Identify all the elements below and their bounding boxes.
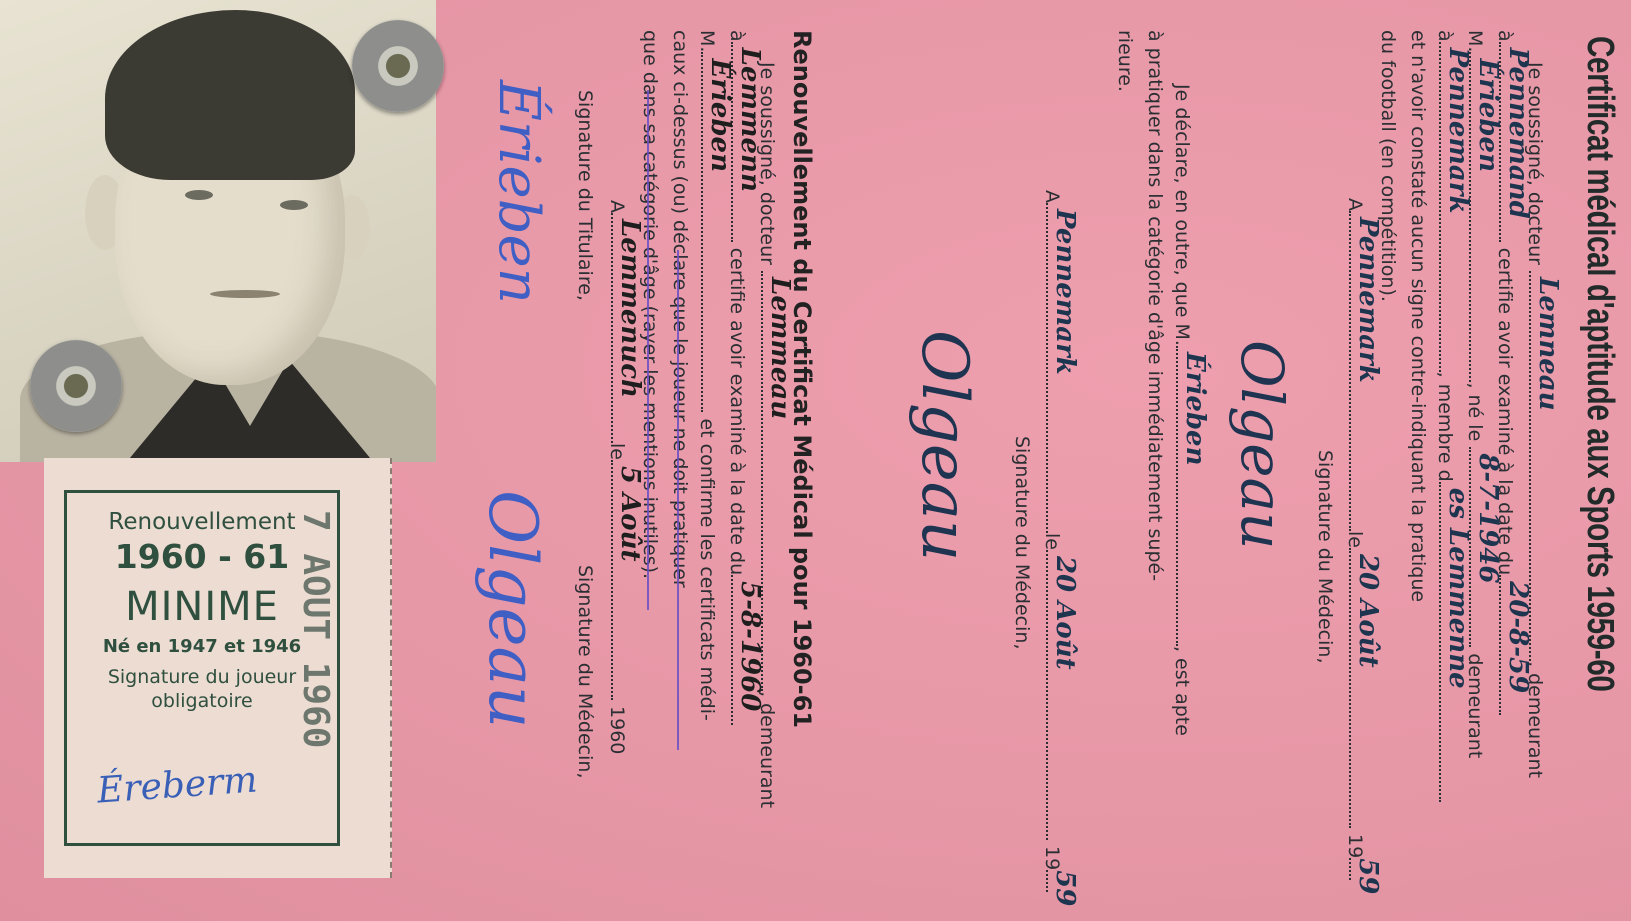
label: certifie avoir examiné à la date du — [726, 248, 748, 575]
label: à — [726, 30, 748, 42]
handwritten: Érieben — [705, 58, 735, 172]
exam-date-field: 5-8-1960 — [731, 575, 751, 725]
doctor-signature-1: Olgeau — [1228, 340, 1296, 550]
s2-signature-label: Signature du Médecin, — [1011, 436, 1033, 649]
handwritten: Érieben — [1180, 352, 1210, 466]
handwritten: 20 Août — [1353, 554, 1383, 668]
s1-place-date: APennemarkle20 Août 1959 — [1344, 198, 1369, 880]
s2-line1: Je déclare, en outre, que M.Érieben, est… — [1171, 84, 1196, 736]
label: et confirme les certificats médi- — [696, 418, 718, 720]
patient-name-field: Érieben — [701, 52, 721, 412]
handwritten: Lemmenuch — [615, 219, 645, 398]
label: à — [1494, 30, 1516, 42]
handwritten: Pennemand — [1503, 48, 1533, 219]
place-field: Pennemark — [1046, 203, 1066, 533]
handwritten: 5-8-1960 — [735, 581, 765, 711]
renewal-place-date: ALemmenuchle5 Août 1960 — [606, 200, 631, 754]
photo-mouth — [210, 290, 280, 298]
label: , membre d — [1434, 372, 1456, 482]
label: M. — [696, 30, 718, 52]
label: le — [1041, 533, 1063, 550]
place-field: Pennemark — [1349, 211, 1369, 531]
renewal-doctor-signature: Olgeau — [474, 490, 551, 728]
photo-hair — [105, 10, 355, 180]
handwritten: Lemmeau — [765, 277, 795, 419]
label: Je déclare, en outre, que M. — [1171, 84, 1193, 346]
photo-eye — [280, 200, 308, 210]
handwritten: Pennemark — [1050, 209, 1080, 375]
label: 19 — [1344, 834, 1366, 858]
strikethrough — [677, 250, 679, 750]
date-stamp: 7 AOUT 1960 — [292, 510, 336, 810]
date-field: 20 Août — [1046, 550, 1066, 840]
handwritten: 8-7-1946 — [1473, 453, 1503, 583]
renewal-doctor-signature-label: Signature du Médecin, — [574, 565, 596, 778]
player-signature: Éreberm — [96, 759, 259, 811]
certificate-text: Certificat médical d'aptitude aux Sports… — [451, 0, 1631, 921]
handwritten: 5 Août — [615, 466, 645, 562]
year: 1960 — [606, 706, 628, 754]
label: le — [1344, 531, 1366, 548]
s1-line4: àPennemark, membre des Lemmenne — [1434, 30, 1459, 802]
date-field: 20 Août — [1349, 548, 1369, 828]
handwritten: Lemmenn — [735, 48, 765, 192]
label: le — [606, 443, 628, 460]
s1-line5: et n'avoir constaté aucun signe contre-i… — [1407, 30, 1429, 602]
doctor-signature-2: Olgeau — [907, 330, 981, 561]
eyelet-icon — [352, 20, 444, 112]
label: A — [1041, 190, 1063, 203]
place-field: Lemmenuch — [611, 213, 631, 443]
renewal-stub: Renouvellement 1960 - 61 MINIME Né en 19… — [44, 458, 392, 878]
handwritten: 20 Août — [1050, 556, 1080, 670]
patient-name-field: Érieben — [1176, 346, 1196, 646]
s1-signature-label: Signature du Médecin, — [1314, 450, 1336, 663]
renewal-line4: caux ci-dessus (ou) déclare que le joueu… — [669, 30, 691, 588]
holder-signature-label: Signature du Titulaire, — [574, 90, 596, 301]
label: 19 — [1041, 846, 1063, 870]
strikethrough — [647, 90, 649, 610]
handwritten: es Lemmenne — [1443, 488, 1473, 689]
date-field: 5 Août — [611, 460, 631, 700]
s2-place-date: APennemarkle20 Août 1959 — [1041, 190, 1066, 892]
handwritten: 59 — [1050, 870, 1080, 906]
label: A — [606, 200, 628, 213]
handwritten: 20-8-59 — [1503, 581, 1533, 693]
handwritten: Lemneau — [1533, 277, 1563, 411]
s2-line3: rieure. — [1114, 30, 1136, 92]
patient-city-field: Pennemark — [1439, 42, 1459, 372]
photo-eye — [185, 190, 213, 200]
handwritten: 59 — [1353, 858, 1383, 894]
handwritten: Pennemark — [1353, 217, 1383, 383]
label: , est apte — [1171, 646, 1193, 736]
label: , né le — [1464, 382, 1486, 441]
year-field: 59 — [1349, 858, 1369, 880]
renewal-line3: M.Érieben et confirme les certificats mé… — [696, 30, 721, 721]
label: à — [1434, 30, 1456, 42]
year-field: 59 — [1046, 870, 1066, 892]
label: A — [1344, 198, 1366, 211]
certificate-title: Certificat médical d'aptitude aux Sports… — [1578, 36, 1621, 691]
club-field: es Lemmenne — [1439, 482, 1459, 802]
handwritten: Pennemark — [1443, 48, 1473, 214]
s2-line2: à pratiquer dans la catégorie d'âge immé… — [1144, 30, 1166, 581]
holder-signature: Érieben — [486, 80, 551, 304]
medical-certificate-card: Renouvellement 1960 - 61 MINIME Né en 19… — [0, 0, 1631, 921]
eyelet-icon — [30, 340, 122, 432]
handwritten: Érieben — [1473, 58, 1503, 172]
exam-date-field: 20-8-59 — [1499, 575, 1519, 715]
